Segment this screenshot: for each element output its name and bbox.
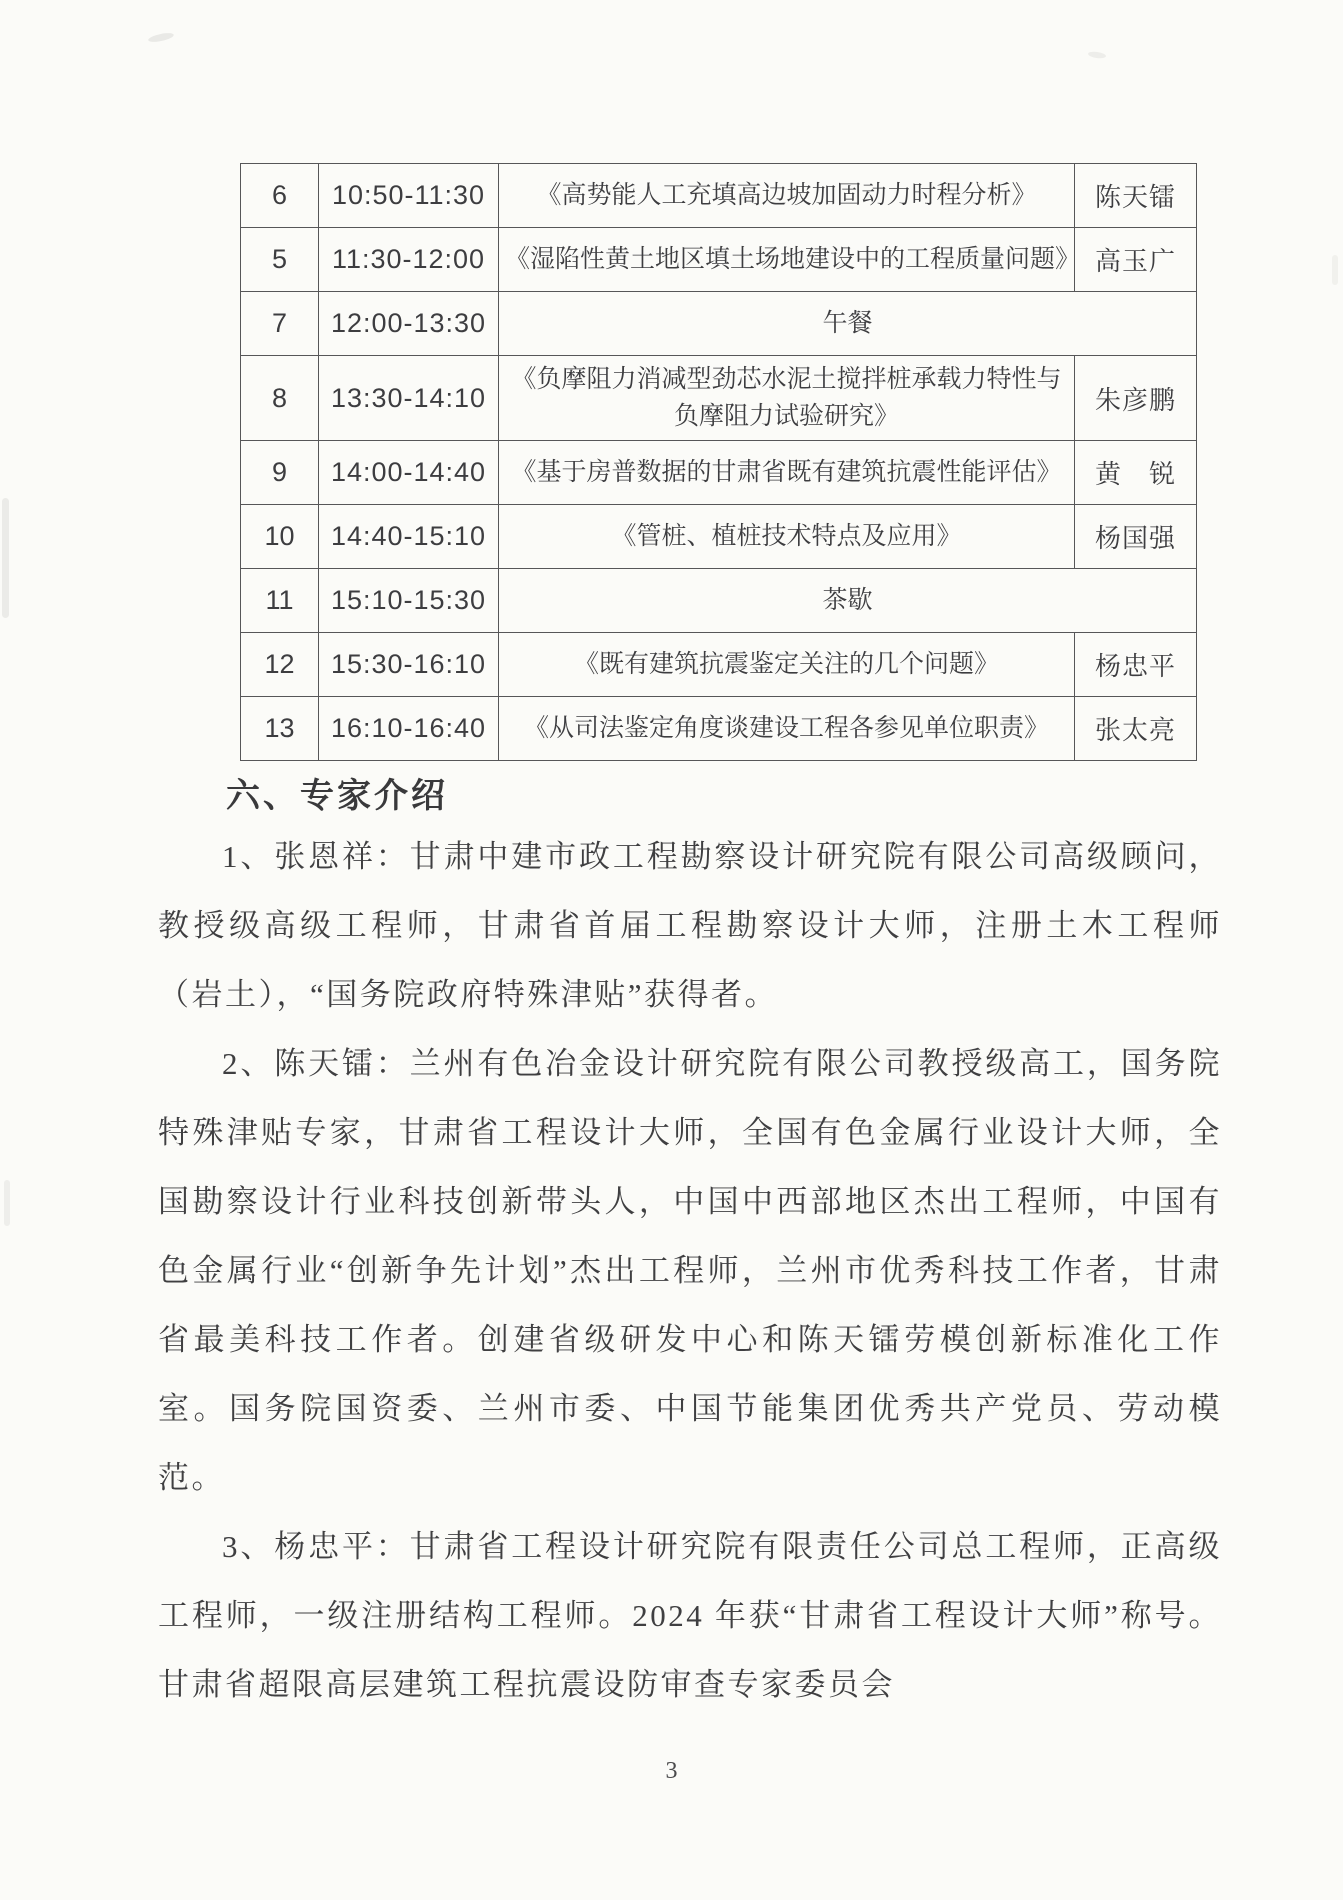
session-time-cell: 16:10-16:40 (319, 697, 499, 761)
session-title-cell: 《湿陷性黄土地区填土场地建设中的工程质量问题》 (499, 228, 1075, 292)
session-title-cell: 《负摩阻力消减型劲芯水泥土搅拌桩承载力特性与负摩阻力试验研究》 (499, 356, 1075, 441)
session-number-cell: 7 (241, 292, 319, 356)
scanned-document-page: 610:50-11:30《高势能人工充填高边坡加固动力时程分析》陈天镭511:3… (0, 0, 1343, 1900)
schedule-row: 1115:10-15:30茶歇 (241, 569, 1197, 633)
scan-smudge (1088, 51, 1107, 59)
scan-smudge (2, 498, 9, 618)
expert-paragraph-1: 1、张恩祥：甘肃中建市政工程勘察设计研究院有限公司高级顾问，教授级高级工程师，甘… (158, 822, 1222, 1029)
session-time-cell: 12:00-13:30 (319, 292, 499, 356)
session-number-cell: 12 (241, 633, 319, 697)
schedule-row: 1215:30-16:10《既有建筑抗震鉴定关注的几个问题》杨忠平 (241, 633, 1197, 697)
session-time-cell: 15:30-16:10 (319, 633, 499, 697)
scan-smudge (1332, 255, 1338, 285)
schedule-row: 914:00-14:40《基于房普数据的甘肃省既有建筑抗震性能评估》黄 锐 (241, 441, 1197, 505)
section-header: 六、专家介绍 (226, 768, 448, 817)
experts-intro-block: 1、张恩祥：甘肃中建市政工程勘察设计研究院有限公司高级顾问，教授级高级工程师，甘… (158, 822, 1222, 1719)
schedule-row: 1316:10-16:40《从司法鉴定角度谈建设工程各参见单位职责》张太亮 (241, 697, 1197, 761)
session-speaker-cell: 黄 锐 (1075, 441, 1197, 505)
session-time-cell: 15:10-15:30 (319, 569, 499, 633)
session-title-cell: 《高势能人工充填高边坡加固动力时程分析》 (499, 164, 1075, 228)
session-number-cell: 6 (241, 164, 319, 228)
session-number-cell: 10 (241, 505, 319, 569)
session-time-cell: 11:30-12:00 (319, 228, 499, 292)
session-number-cell: 9 (241, 441, 319, 505)
session-speaker-cell: 杨忠平 (1075, 633, 1197, 697)
session-title-cell: 茶歇 (499, 569, 1197, 633)
schedule-table: 610:50-11:30《高势能人工充填高边坡加固动力时程分析》陈天镭511:3… (240, 163, 1197, 761)
session-time-cell: 13:30-14:10 (319, 356, 499, 441)
session-title-cell: 《既有建筑抗震鉴定关注的几个问题》 (499, 633, 1075, 697)
schedule-row: 712:00-13:30午餐 (241, 292, 1197, 356)
session-time-cell: 14:00-14:40 (319, 441, 499, 505)
page-number: 3 (0, 1758, 1343, 1785)
session-speaker-cell: 杨国强 (1075, 505, 1197, 569)
expert-paragraph-3: 3、杨忠平：甘肃省工程设计研究院有限责任公司总工程师，正高级工程师，一级注册结构… (158, 1512, 1222, 1719)
session-title-cell: 午餐 (499, 292, 1197, 356)
scan-smudge (148, 31, 175, 43)
expert-paragraph-2: 2、陈天镭：兰州有色冶金设计研究院有限公司教授级高工，国务院特殊津贴专家，甘肃省… (158, 1029, 1222, 1512)
session-speaker-cell: 朱彦鹏 (1075, 356, 1197, 441)
session-speaker-cell: 高玉广 (1075, 228, 1197, 292)
schedule-row: 610:50-11:30《高势能人工充填高边坡加固动力时程分析》陈天镭 (241, 164, 1197, 228)
session-title-cell: 《从司法鉴定角度谈建设工程各参见单位职责》 (499, 697, 1075, 761)
session-time-cell: 14:40-15:10 (319, 505, 499, 569)
schedule-row: 511:30-12:00《湿陷性黄土地区填土场地建设中的工程质量问题》高玉广 (241, 228, 1197, 292)
session-number-cell: 5 (241, 228, 319, 292)
schedule-row: 1014:40-15:10《管桩、植桩技术特点及应用》杨国强 (241, 505, 1197, 569)
session-speaker-cell: 张太亮 (1075, 697, 1197, 761)
session-number-cell: 8 (241, 356, 319, 441)
session-title-cell: 《管桩、植桩技术特点及应用》 (499, 505, 1075, 569)
schedule-table-body: 610:50-11:30《高势能人工充填高边坡加固动力时程分析》陈天镭511:3… (241, 164, 1197, 761)
schedule-row: 813:30-14:10《负摩阻力消减型劲芯水泥土搅拌桩承载力特性与负摩阻力试验… (241, 356, 1197, 441)
session-number-cell: 11 (241, 569, 319, 633)
session-speaker-cell: 陈天镭 (1075, 164, 1197, 228)
session-title-cell: 《基于房普数据的甘肃省既有建筑抗震性能评估》 (499, 441, 1075, 505)
session-number-cell: 13 (241, 697, 319, 761)
scan-smudge (4, 1180, 10, 1226)
session-time-cell: 10:50-11:30 (319, 164, 499, 228)
